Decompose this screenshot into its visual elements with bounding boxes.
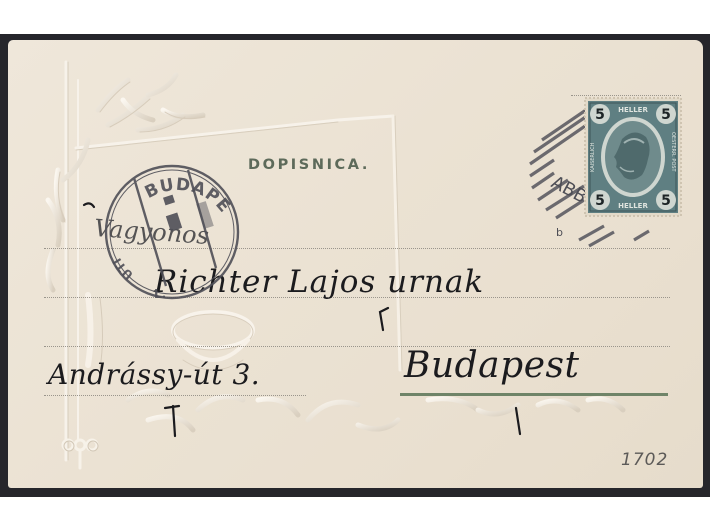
postmark-bottom-text: L. (154, 287, 166, 301)
svg-text:UTI: UTI (110, 256, 136, 283)
stamp-value-br: 5 (661, 193, 671, 209)
stamp-value-tl: 5 (595, 107, 605, 123)
stamp-right-text: OESTERR. POST (670, 132, 676, 173)
stamp-currency-bottom: HELLER (618, 202, 648, 210)
stamp-value-tr: 5 (661, 107, 671, 123)
stamp-value-bl: 5 (595, 193, 605, 209)
stamp-currency-top: HELLER (618, 106, 648, 114)
postage-stamp: 5 5 5 5 HELLER HELLER KAISERLICH OESTERR… (584, 97, 682, 217)
stamp-left-text: KAISERLICH (590, 142, 596, 172)
postmark-left-text: UTI (110, 256, 136, 283)
pencil-catalog-number: 1702 (621, 450, 668, 470)
budapest-postmark: BUDAPEST UTI L. (96, 156, 248, 306)
cancellation-letter: b (556, 226, 563, 239)
